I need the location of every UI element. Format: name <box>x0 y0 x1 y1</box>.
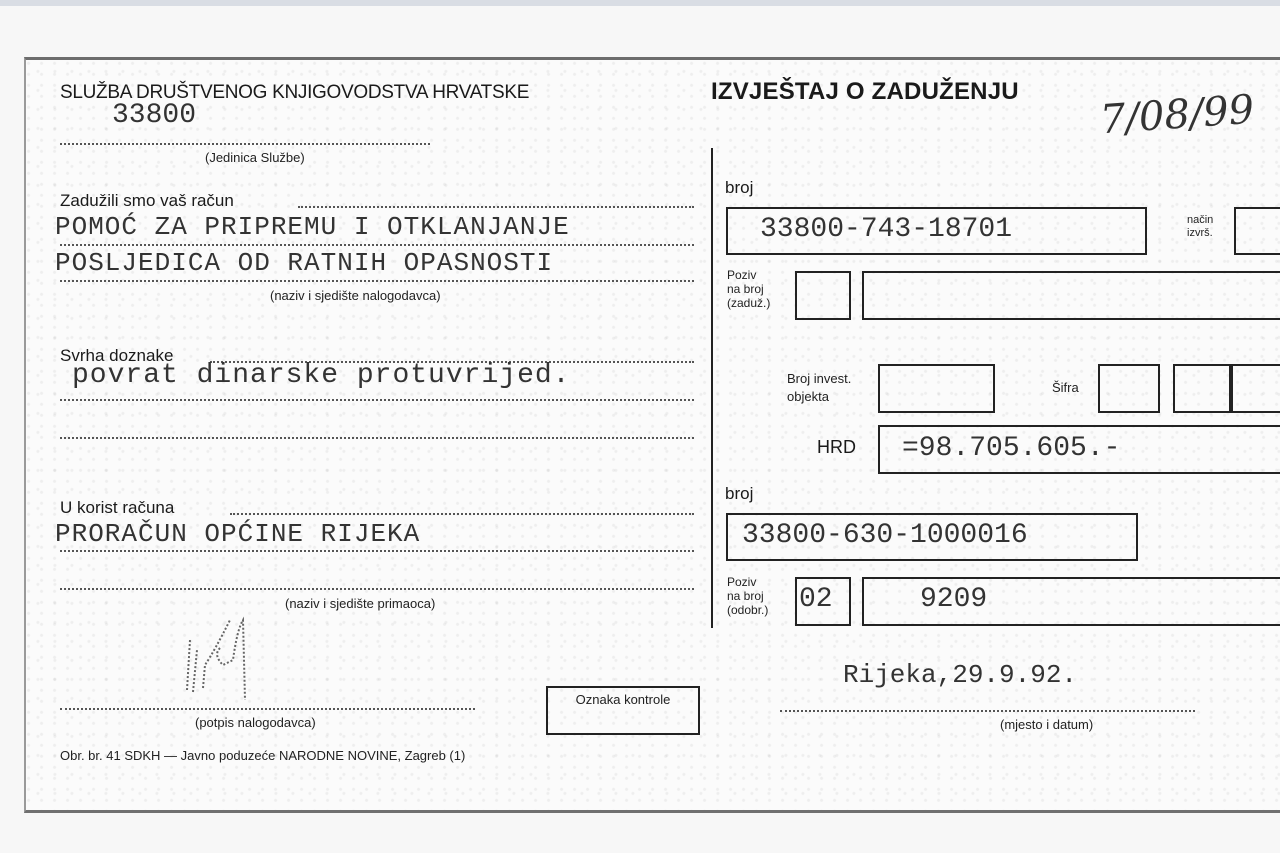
debit-account-number-field[interactable]: 33800-743-18701 <box>726 207 1147 255</box>
beneficiary-line-1 <box>60 550 694 552</box>
debit-reference-number-field[interactable] <box>862 271 1280 320</box>
form-title: IZVJEŠTAJ O ZADUŽENJU <box>711 78 1019 106</box>
debit-reference-label-3: (zaduž.) <box>727 296 770 310</box>
place-date-line <box>780 710 1195 712</box>
control-mark-label: Oznaka kontrole <box>548 692 698 707</box>
purpose-line-1 <box>60 399 694 401</box>
code-field-3[interactable] <box>1229 364 1280 413</box>
amount-value: =98.705.605.- <box>902 433 1120 464</box>
place-date-caption: (mjesto i datum) <box>1000 717 1093 732</box>
investment-object-label-2: objekta <box>787 388 851 406</box>
credit-account-number: 33800-630-1000016 <box>742 520 1028 551</box>
debit-reference-label: Poziv na broj (zaduž.) <box>727 268 770 310</box>
code-label: Šifra <box>1052 380 1079 395</box>
execution-method-field[interactable] <box>1234 207 1280 255</box>
unit-line <box>60 143 430 145</box>
debit-account-label: Zadužili smo vaš račun <box>60 191 234 211</box>
credit-reference-number: 9209 <box>920 584 987 615</box>
unit-value: 33800 <box>112 100 196 131</box>
credit-reference-model: 02 <box>799 584 833 615</box>
section-divider <box>711 148 713 628</box>
debit-reference-label-1: Poziv <box>727 268 770 282</box>
debit-reference-label-2: na broj <box>727 282 770 296</box>
amount-field[interactable]: =98.705.605.- <box>878 425 1280 474</box>
beneficiary-line-0 <box>230 513 694 515</box>
debit-reference-model-field[interactable] <box>795 271 851 320</box>
purpose-value: povrat dinarske protuvrijed. <box>72 360 570 391</box>
debit-line-1 <box>60 244 694 246</box>
code-field-1[interactable] <box>1098 364 1160 413</box>
control-mark-box: Oznaka kontrole <box>546 686 700 735</box>
credit-account-number-field[interactable]: 33800-630-1000016 <box>726 513 1138 561</box>
beneficiary-line-2 <box>60 588 694 590</box>
credit-reference-label-3: (odobr.) <box>727 603 768 617</box>
signature-scribble <box>175 610 275 705</box>
execution-method-label-2: izvrš. <box>1187 227 1213 240</box>
debit-account-number: 33800-743-18701 <box>760 214 1012 245</box>
signature-line <box>60 708 475 710</box>
debit-line-2 <box>60 280 694 282</box>
execution-method-label-1: način <box>1187 214 1213 227</box>
investment-object-label-1: Broj invest. <box>787 370 851 388</box>
scan-top-edge <box>0 0 1280 6</box>
code-field-2[interactable] <box>1173 364 1233 413</box>
signature-caption: (potpis nalogodavca) <box>195 715 316 730</box>
credit-reference-label: Poziv na broj (odobr.) <box>727 575 768 617</box>
execution-method-label: način izvrš. <box>1187 214 1213 240</box>
credit-reference-number-field[interactable]: 9209 <box>862 577 1280 626</box>
place-date-value: Rijeka,29.9.92. <box>843 660 1077 690</box>
credit-reference-model-field[interactable]: 02 <box>795 577 851 626</box>
beneficiary-value: PRORAČUN OPĆINE RIJEKA <box>55 519 420 549</box>
debit-account-number-label: broj <box>725 178 753 198</box>
investment-object-field[interactable] <box>878 364 995 413</box>
credit-account-number-label: broj <box>725 484 753 504</box>
unit-caption: (Jedinica Službe) <box>205 150 305 165</box>
investment-object-label: Broj invest. objekta <box>787 370 851 406</box>
currency-label: HRD <box>817 437 856 458</box>
credit-reference-label-2: na broj <box>727 589 768 603</box>
debit-line-0 <box>298 206 694 208</box>
beneficiary-caption: (naziv i sjedište primaoca) <box>285 596 435 611</box>
debit-name-line-2: POSLJEDICA OD RATNIH OPASNOSTI <box>55 248 553 278</box>
form-footer: Obr. br. 41 SDKH — Javno poduzeće NARODN… <box>60 748 465 763</box>
debit-name-line-1: POMOĆ ZA PRIPREMU I OTKLANJANJE <box>55 212 570 242</box>
debit-caption: (naziv i sjedište nalogodavca) <box>270 288 441 303</box>
purpose-line-2 <box>60 437 694 439</box>
beneficiary-label: U korist računa <box>60 498 174 518</box>
credit-reference-label-1: Poziv <box>727 575 768 589</box>
